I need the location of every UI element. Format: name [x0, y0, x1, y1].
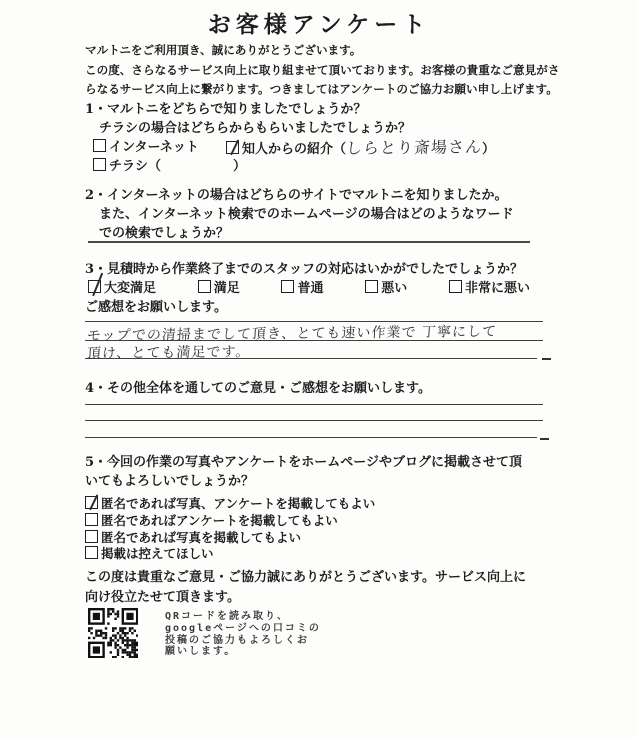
qr-block: QRコードを読み取り、 googleページへの口コミの 投稿のご協力もよろしくお… — [88, 607, 548, 667]
intro-line: らなるサービス向上に繋がります。つきましてはアンケートのご協力お願い申し上げます… — [85, 80, 559, 100]
answer-line — [85, 404, 543, 405]
page-title: お客様アンケート — [0, 6, 638, 39]
q1-option-flyer-label: チラシ（ — [109, 159, 161, 174]
question-1: 1・マルトニをどちらで知りましたでしょうか？ チラシの場合はどちらからもらいまし… — [85, 100, 563, 176]
qr-code — [88, 608, 138, 662]
handwritten-comment-line2: 頂け、とても満足です。 — [86, 341, 251, 363]
checkbox-very-satisfied — [88, 280, 101, 293]
question-3-text: 3・見積時から作業終了までのスタッフの対応はいかがでしたでしょうか？ — [85, 260, 563, 279]
question-5-text2: いてもよろしいでしょうか？ — [85, 472, 563, 491]
checkmark-icon — [230, 139, 239, 155]
question-1-text: 1・マルトニをどちらで知りましたでしょうか？ — [85, 100, 563, 119]
question-4: 4・その他全体を通してのご意見・ご感想をお願いします。 — [85, 379, 563, 398]
q3-option-label: 満足 — [214, 281, 240, 296]
q3-option-label: 普通 — [297, 281, 323, 296]
q3-option-row: 大変満足 満足 普通 悪い 非常に悪い — [88, 279, 530, 298]
intro-line: この度、さらなるサービス向上に取り組ませて頂いております。お客様の貴重なご意見が… — [85, 61, 559, 81]
q3-option-label: 大変満足 — [104, 281, 156, 296]
q5-option-label: 匿名であればアンケートを掲載してもよい — [101, 513, 338, 528]
q3-option-bad: 悪い — [365, 279, 407, 298]
question-2-text2: また、インターネット検索でのホームページの場合はどのようなワード — [99, 205, 563, 224]
checkbox-referral — [226, 141, 239, 154]
closing-line: 向け役立たせて頂きます。 — [85, 588, 563, 608]
handwritten-comment-area: モップでの清掃までして頂き、とても速い作業で 丁寧にして 頂け、とても満足です。 — [85, 321, 543, 361]
q1-option-row-2: チラシ（ ） — [93, 157, 563, 176]
question-5: 5・今回の作業の写真やアンケートをホームページやブログに掲載させて頂 いてもよろ… — [85, 453, 563, 561]
qr-caption-line: 願いします。 — [165, 646, 321, 658]
qr-caption-line: 投稿のご協力もよろしくお — [165, 635, 321, 647]
answer-line — [88, 241, 530, 243]
q5-option-3: 匿名であれば写真を掲載してもよい — [85, 528, 563, 545]
q3-option-very-satisfied: 大変満足 — [88, 279, 156, 298]
line-end-dash — [540, 438, 549, 440]
qr-caption-line: QRコードを読み取り、 — [165, 611, 321, 623]
qr-caption-line: googleページへの口コミの — [165, 623, 321, 635]
checkbox-internet — [93, 139, 106, 152]
paren-close: ） — [482, 142, 495, 157]
closing-paragraph: この度は貴重なご意見・ご協力誠にありがとうございます。サービス向上に 向け役立た… — [85, 568, 563, 607]
question-2: 2・インターネットの場合はどちらのサイトでマルトニを知りましたか。 また、インタ… — [85, 186, 563, 243]
q3-option-satisfied: 満足 — [198, 279, 240, 298]
q1-option-internet: インターネット — [93, 140, 199, 155]
checkbox-satisfied — [198, 280, 211, 293]
q3-option-very-bad: 非常に悪い — [449, 279, 530, 298]
q1-option-flyer: チラシ（ — [93, 159, 161, 174]
checkbox-photo-ok — [85, 530, 98, 543]
q5-option-2: 匿名であればアンケートを掲載してもよい — [85, 511, 563, 528]
q3-option-label: 悪い — [381, 281, 407, 296]
qr-caption: QRコードを読み取り、 googleページへの口コミの 投稿のご協力もよろしくお… — [165, 611, 321, 658]
question-4-text: 4・その他全体を通してのご意見・ご感想をお願いします。 — [85, 379, 563, 398]
checkbox-photo-survey-ok — [85, 496, 98, 509]
q5-option-1: 匿名であれば写真、アンケートを掲載してもよい — [85, 494, 563, 511]
question-5-text: 5・今回の作業の写真やアンケートをホームページやブログに掲載させて頂 — [85, 453, 563, 472]
scanned-survey-page: お客様アンケート マルトニをご利用頂き、誠にありがとうございます。 この度、さら… — [0, 0, 638, 738]
paren-open: （ — [333, 142, 346, 157]
intro-line: マルトニをご利用頂き、誠にありがとうございます。 — [85, 41, 559, 61]
q1-option-row-1: インターネット 知人からの紹介（しらとり斎場さん） — [93, 138, 563, 157]
line-end-dash — [542, 358, 551, 360]
q5-option-label: 匿名であれば写真、アンケートを掲載してもよい — [101, 496, 375, 511]
q5-option-label: 掲載は控えてほしい — [101, 546, 214, 561]
checkmark-icon — [89, 494, 98, 510]
q3-prompt: ご感想をお願いします。 — [85, 298, 563, 317]
q3-option-label: 非常に悪い — [465, 281, 530, 296]
checkbox-very-bad — [449, 280, 462, 293]
q1-option-referral-label: 知人からの紹介 — [242, 142, 333, 157]
checkbox-survey-ok — [85, 513, 98, 526]
question-3: 3・見積時から作業終了までのスタッフの対応はいかがでしたでしょうか？ 大変満足 … — [85, 260, 563, 317]
q1-option-internet-label: インターネット — [109, 140, 199, 155]
q1-flyer-paren-close: ） — [233, 157, 246, 176]
checkbox-bad — [365, 280, 378, 293]
q5-option-label: 匿名であれば写真を掲載してもよい — [101, 530, 301, 545]
q1-option-referral: 知人からの紹介（しらとり斎場さん） — [226, 138, 495, 159]
handwritten-referral-answer: しらとり斎場さん — [345, 137, 482, 157]
checkbox-no-publish — [85, 546, 98, 559]
checkbox-normal — [281, 280, 294, 293]
answer-line — [85, 437, 537, 438]
closing-line: この度は貴重なご意見・ご協力誠にありがとうございます。サービス向上に — [85, 568, 563, 588]
question-1-subtext: チラシの場合はどちらからもらいましたでしょうか？ — [99, 119, 563, 138]
answer-line — [85, 420, 543, 421]
intro-paragraph: マルトニをご利用頂き、誠にありがとうございます。 この度、さらなるサービス向上に… — [85, 41, 559, 100]
q5-option-4: 掲載は控えてほしい — [85, 544, 563, 561]
checkbox-flyer — [93, 158, 106, 171]
q3-option-normal: 普通 — [281, 279, 323, 298]
question-2-text: 2・インターネットの場合はどちらのサイトでマルトニを知りましたか。 — [85, 186, 563, 205]
